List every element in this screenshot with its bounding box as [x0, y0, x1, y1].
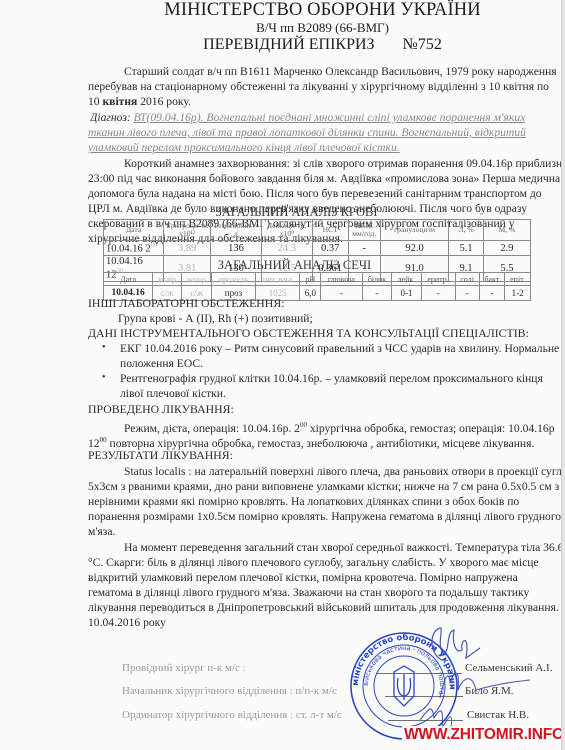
ministry-title: МІНІСТЕРСТВО ОБОРОНИ УКРАЇНИ: [40, 0, 565, 21]
column-header: бакт: [479, 273, 505, 286]
table-cell: 0.37: [312, 241, 348, 256]
column-header: Л, %: [449, 220, 484, 241]
column-header: пит. вага: [255, 273, 299, 286]
diagnosis-line-1: Діагноз: ВТ(09.04.16р). Вогнепальні поєд…: [90, 110, 565, 125]
column-header: солі: [455, 273, 479, 286]
document-page: МІНІСТЕРСТВО ОБОРОНИ УКРАЇНИ В/Ч пп В208…: [0, 0, 565, 750]
other-labs-title: ІНШІ ЛАБОРАТОРНІ ОБСТЕЖЕННЯ:: [88, 296, 565, 311]
column-header: Еритроци-ти x10¹²: [164, 220, 211, 241]
watermark: WWW.ZHITOMIR.INFO: [402, 726, 565, 744]
treatment-title: ПРОВЕДЕНО ЛІКУВАННЯ:: [88, 402, 565, 417]
signature-role: Ординатор хірургічного відділення : ст. …: [122, 709, 342, 721]
column-header: кол-р: [182, 273, 212, 286]
urine-table-header: Датаколіркол-рпрозо-тьпит. вагаpHглюкоза…: [104, 273, 531, 286]
diagnosis-line-3: уламковий перелом проксимального кінця л…: [88, 140, 565, 155]
table-cell: 3.89: [164, 241, 211, 256]
signature-role: Провідний хірург п-к м/с :: [122, 662, 246, 674]
results-line: поранення розмірами 1х0.5см помірно кров…: [88, 509, 565, 524]
column-header: Гемоглобін г/л: [211, 220, 261, 241]
column-header: білок: [362, 273, 392, 286]
ecg-line-1: ЕКГ 10.04.2016 року – Ритм синусовий пра…: [120, 341, 565, 356]
blood-test-title: ЗАГАЛЬНИЙ АНАЛІЗ КРОВІ: [14, 205, 565, 220]
conclusion-line: гематома в ділянці лівого грудного м'яза…: [88, 585, 565, 600]
ecg-line-2: положення ЕОС.: [120, 356, 565, 371]
signature-role: Начальник хірургічного відділення : п/п-…: [122, 685, 337, 697]
anamnesis-line: допомога була надана на місті бою. Після…: [88, 186, 565, 201]
bullet-icon: •: [102, 372, 106, 383]
urine-test-title: ЗАГАЛЬНИЙ АНАЛІЗ СЕЧІ: [12, 258, 565, 273]
blood-table-header: ДатаЕритроци-ти x10¹²Гемоглобін г/лЛейко…: [104, 220, 531, 241]
results-line: Status localis : на латеральній поверхні…: [88, 464, 565, 479]
conclusion-line: відкритий уламковий перелом плечової кіс…: [88, 570, 565, 585]
patient-line-1: Старший солдат в/ч пп В1611 Марченко Оле…: [88, 64, 565, 79]
conclusion-line: На момент переведення загальний стан хво…: [88, 540, 565, 555]
document-title-text: ПЕРЕВІДНИЙ ЕПІКРИЗ: [203, 36, 374, 53]
column-header: еритр.: [421, 273, 455, 286]
xray-line-1: Рентгенографія грудної клітки 10.04.16р.…: [120, 371, 565, 386]
document-number: №752: [403, 36, 442, 53]
diagnosis-line-2: тканин лівого плеча, лівої та правої лоп…: [88, 125, 565, 140]
blood-group: Група крові - А (ІІ), Rh (+) позитивний;: [118, 311, 565, 326]
column-header: ШОЕ мм/год.: [348, 220, 380, 241]
column-header: Дата: [104, 273, 153, 286]
table-cell: 5.1: [449, 241, 484, 256]
patient-line-3: 10 квітня 2016 року.: [88, 94, 565, 109]
patient-line-2: перебував на стаціонарному обстеженні та…: [88, 79, 565, 94]
document-title: ПЕРЕВІДНИЙ ЕПІКРИЗ№752: [40, 36, 565, 54]
results-line: нерівними краями які помірно кровлять. Н…: [88, 494, 565, 509]
results-line: м'яза.: [88, 524, 565, 539]
table-cell: 136: [211, 241, 261, 256]
column-header: прозо-ть: [211, 273, 255, 286]
anamnesis-line: Короткий анамнез захворювання: зі слів х…: [88, 156, 565, 171]
column-header: pH: [300, 273, 321, 286]
unit-title: В/Ч пп В2089 (66-ВМГ): [40, 20, 565, 36]
page-edge: [561, 0, 565, 750]
bullet-icon: •: [102, 342, 106, 353]
cell-date: 10.04.16 200: [104, 241, 164, 256]
table-cell: 24.3: [261, 241, 312, 256]
table-cell: 2.9: [483, 241, 530, 256]
column-header: Лейкоци-ти, x10⁹: [261, 220, 312, 241]
column-header: Дата: [104, 220, 164, 241]
diagnosis-label: Діагноз:: [90, 111, 131, 124]
xray-line-2: лівої плечової кістки.: [120, 386, 565, 401]
table-row: 10.04.16 2003.8913624.30.37-92.05.12.9: [104, 241, 531, 256]
column-header: НСТ: [312, 220, 348, 241]
column-header: лейк.: [392, 273, 421, 286]
column-header: глюкоза: [321, 273, 362, 286]
column-header: колір: [153, 273, 182, 286]
results-line: 5х3см з рваними краями, дно рани виповне…: [88, 479, 565, 494]
conclusion-line: °С. Скарги: біль в ділянці лівого плечов…: [88, 555, 565, 570]
anamnesis-line: 23:00 під час виконання бойового завданн…: [88, 171, 565, 186]
column-header: М, %: [483, 220, 530, 241]
column-header: епіт.: [505, 273, 531, 286]
column-header: гранулоцити: [380, 220, 448, 241]
instrumental-title: ДАНІ ІНСТРУМЕНТАЛЬНОГО ОБСТЕЖЕННЯ ТА КОН…: [88, 326, 565, 341]
results-title: РЕЗУЛЬТАТИ ЛІКУВАННЯ:: [88, 448, 565, 463]
table-cell: -: [348, 241, 380, 256]
table-cell: 92.0: [380, 241, 448, 256]
